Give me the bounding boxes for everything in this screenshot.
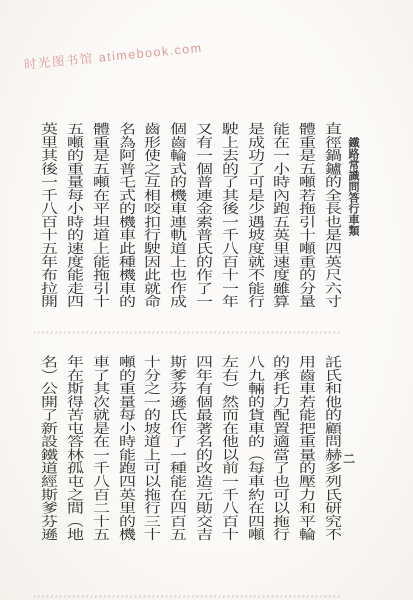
text-column: 年在斯得苦屯答林孤屯之間（地	[64, 355, 82, 541]
text-column: 名為阿普乇式的機車此種機車的	[116, 122, 134, 308]
text-column: 齒形使之互相咬扣行駛因此就命	[141, 122, 159, 308]
scan-artifact-line	[34, 331, 340, 334]
text-block-top: 直徑鍋鑪的全長也是四英尺六寸 體重是五噸若拖引十噸重的分量 能在一小時內跑五英里…	[38, 122, 340, 314]
text-column: 駛上去的了其後一千八百十一年	[219, 122, 237, 308]
text-column: 的承托力配置適當了也可以拖行	[270, 355, 288, 541]
text-column: 個齒輪式的機車連軌道上也作成	[167, 122, 185, 308]
text-column: 十分之一的坡道上可以拖行三十	[141, 355, 159, 541]
text-column: 斯爹芬遜氏作了一種能在四百五	[167, 355, 185, 541]
text-column: 體重是五噸若拖引十噸重的分量	[296, 122, 314, 308]
page-number: 二	[343, 450, 355, 467]
text-column: 噸的重量每小時能跑四英里的機	[116, 355, 134, 541]
text-column: 又有一個普連金索普氏的作了一	[193, 122, 211, 308]
text-column: 四年有個最著名的改造元勛交吉	[193, 355, 211, 541]
text-column: 能在一小時內跑五英里速度雖算	[270, 122, 288, 308]
book-page-scan: 时光图书馆 atimebook.com 鐵路常識問答行車類 二 直徑鍋鑪的全長也…	[0, 0, 413, 600]
text-column: 名）公開了新設鐵道經斯爹芬遜	[38, 355, 56, 541]
text-column: 五噸的重量每小時的速度能走四	[64, 122, 82, 308]
running-head-title: 鐵路常識問答行車類	[346, 137, 359, 236]
scan-artifact-line	[34, 595, 340, 598]
text-column: 英里其後一千八百十五年布拉開	[38, 122, 56, 308]
text-column: 車了其次就是在一千八百二十五	[90, 355, 108, 541]
text-column: 左右）然而在他以前一千八百十	[219, 355, 237, 541]
library-watermark: 时光图书馆 atimebook.com	[23, 38, 203, 73]
text-column: 體重是五噸在平坦道上能拖引十	[90, 122, 108, 308]
text-column: 託氏和他的顧問赫多列氏研究不	[322, 355, 340, 541]
text-column: 直徑鍋鑪的全長也是四英尺六寸	[322, 122, 340, 308]
text-column: 用齒車若能把重量的壓力和平輪	[296, 355, 314, 541]
text-block-bottom: 託氏和他的顧問赫多列氏研究不 用齒車若能把重量的壓力和平輪 的承托力配置適當了也…	[38, 355, 340, 547]
text-column: 八九輛的貨車的（每車約在四噸	[245, 355, 263, 541]
text-column: 是成功了可是少遇坡度就不能行	[245, 122, 263, 308]
